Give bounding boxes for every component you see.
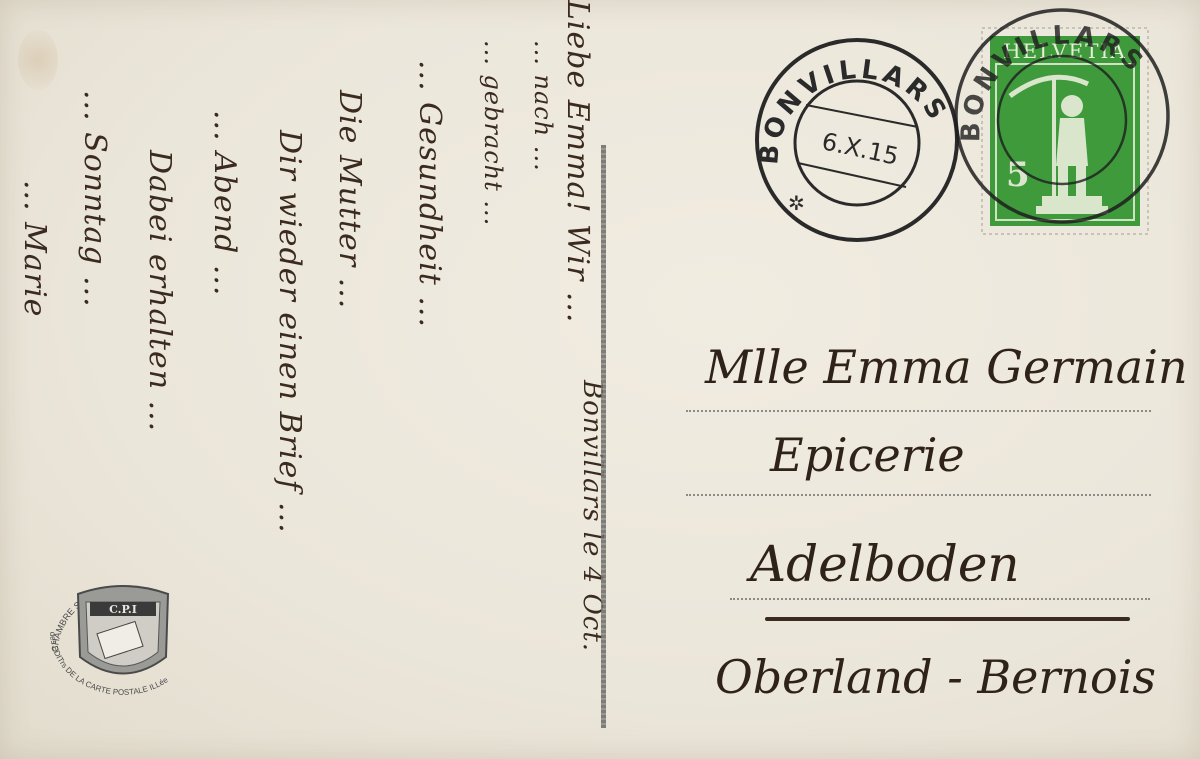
message-line: ... nach ... <box>529 40 557 172</box>
postmark: BONVILLARS 6.X.15 ✲ <box>748 35 966 245</box>
message-line: Liebe Emma! Wir ... <box>560 0 595 323</box>
address-region: Oberland - Bernois <box>715 650 1156 704</box>
message-line: Dabei erhalten ... <box>142 150 177 432</box>
town-underline <box>765 617 1130 621</box>
publisher-emblem: CHAMBRE SYNDle FRANÇAISE des EDITrs DE L… <box>38 572 208 697</box>
message-line: ... Gesundheit ... <box>412 60 447 328</box>
address-rule <box>730 598 1150 600</box>
address-rule <box>686 494 1151 496</box>
address-rule <box>686 410 1151 412</box>
svg-text:BONVILLARS: BONVILLARS <box>956 20 1151 142</box>
message-line: ... Abend ... <box>207 110 242 296</box>
signature: ... Marie <box>17 180 52 317</box>
svg-text:✲: ✲ <box>788 191 805 215</box>
address-line-2: Epicerie <box>770 428 965 482</box>
address-town: Adelboden <box>750 535 1020 593</box>
stamp-cancellation: BONVILLARS <box>950 2 1170 230</box>
message-line: ... gebracht ... <box>479 40 507 226</box>
message-line: Dir wieder einen Brief ... <box>272 130 307 534</box>
center-divider <box>601 145 606 728</box>
svg-text:6.X.15: 6.X.15 <box>819 127 901 171</box>
message-line: ... Sonntag ... <box>77 90 112 308</box>
postcard: Bonvillars le 4 Oct. Liebe Emma! Wir ...… <box>0 0 1200 759</box>
message-line: Die Mutter ... <box>332 90 367 309</box>
address-recipient: Mlle Emma Germain <box>705 340 1188 394</box>
svg-text:C.P.I: C.P.I <box>109 603 137 616</box>
